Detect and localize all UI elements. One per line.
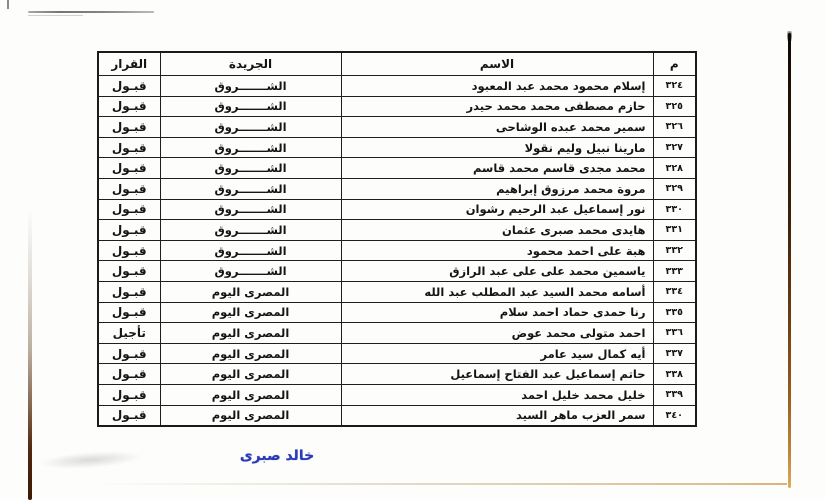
table-row: ٣٣١هايدى محمد صبرى عثمانالشـــــــروققبـ… bbox=[98, 220, 696, 241]
cell-newspaper: المصرى اليوم bbox=[160, 302, 341, 323]
cell-name: أيه كمال سيد عامر bbox=[341, 343, 653, 364]
scan-page-edge-right bbox=[788, 33, 791, 488]
cell-newspaper: الشـــــــروق bbox=[160, 76, 341, 97]
cell-name: نور إسماعيل عبد الرحيم رشوان bbox=[341, 199, 653, 220]
cell-newspaper: الشـــــــروق bbox=[160, 178, 341, 199]
cell-decision: قبـول bbox=[98, 199, 160, 220]
cell-number: ٣٣١ bbox=[653, 220, 696, 241]
cell-name: مروة محمد مرزوق إبراهيم bbox=[341, 178, 653, 199]
table-row: ٣٢٥حازم مصطفى محمد محمد حيدرالشـــــــرو… bbox=[98, 96, 696, 117]
admission-results-table: م الاسم الجريدة القرار ٣٢٤إسلام محمود مح… bbox=[97, 51, 697, 427]
table-row: ٣٤٠سمر العزب ماهر السيدالمصرى اليومقبـول bbox=[98, 405, 696, 426]
table-row: ٣٣٦احمد متولى محمد عوضالمصرى اليومتأجيل bbox=[98, 323, 696, 344]
table-row: ٣٣٢هبة على احمد محمودالشـــــــروققبـول bbox=[98, 240, 696, 261]
cell-newspaper: الشـــــــروق bbox=[160, 117, 341, 138]
cell-decision: قبـول bbox=[98, 96, 160, 117]
cell-name: هبة على احمد محمود bbox=[341, 240, 653, 261]
cell-number: ٣٢٧ bbox=[653, 137, 696, 158]
cell-newspaper: الشـــــــروق bbox=[160, 137, 341, 158]
cell-number: ٣٣٨ bbox=[653, 364, 696, 385]
header-name: الاسم bbox=[341, 52, 653, 76]
cell-name: خليل محمد خليل احمد bbox=[341, 384, 653, 405]
cell-newspaper: المصرى اليوم bbox=[160, 384, 341, 405]
scan-smudge bbox=[38, 448, 144, 471]
cell-number: ٣٢٨ bbox=[653, 158, 696, 179]
cell-number: ٣٣٦ bbox=[653, 323, 696, 344]
cell-decision: قبـول bbox=[98, 343, 160, 364]
cell-number: ٣٤٠ bbox=[653, 405, 696, 426]
table-row: ٣٢٨محمد مجدى قاسم محمد قاسمالشـــــــروق… bbox=[98, 158, 696, 179]
cell-newspaper: الشـــــــروق bbox=[160, 261, 341, 282]
cell-number: ٣٣٥ bbox=[653, 302, 696, 323]
cell-name: هايدى محمد صبرى عثمان bbox=[341, 220, 653, 241]
cell-newspaper: المصرى اليوم bbox=[160, 343, 341, 364]
cell-decision: قبـول bbox=[98, 261, 160, 282]
cell-decision: قبـول bbox=[98, 364, 160, 385]
cell-decision: قبـول bbox=[98, 158, 160, 179]
cell-newspaper: المصرى اليوم bbox=[160, 405, 341, 426]
table-row: ٣٢٧مارينا نبيل وليم نقولاالشـــــــروققب… bbox=[98, 137, 696, 158]
cell-newspaper: المصرى اليوم bbox=[160, 364, 341, 385]
header-number: م bbox=[653, 52, 696, 76]
cell-newspaper: الشـــــــروق bbox=[160, 158, 341, 179]
cell-name: محمد مجدى قاسم محمد قاسم bbox=[341, 158, 653, 179]
cell-name: حازم مصطفى محمد محمد حيدر bbox=[341, 96, 653, 117]
table-row: ٣٢٩مروة محمد مرزوق إبراهيمالشـــــــروقق… bbox=[98, 178, 696, 199]
cell-name: ياسمين محمد على على عبد الرازق bbox=[341, 261, 653, 282]
cell-decision: قبـول bbox=[98, 117, 160, 138]
cell-name: مارينا نبيل وليم نقولا bbox=[341, 137, 653, 158]
cell-name: أسامه محمد السيد عبد المطلب عبد الله bbox=[341, 281, 653, 302]
cell-decision: قبـول bbox=[98, 240, 160, 261]
cell-decision: قبـول bbox=[98, 281, 160, 302]
cell-number: ٣٢٥ bbox=[653, 96, 696, 117]
cell-number: ٣٣٤ bbox=[653, 281, 696, 302]
cell-decision: تأجيل bbox=[98, 323, 160, 344]
table-row: ٣٣٨حاتم إسماعيل عبد الفتاح إسماعيلالمصرى… bbox=[98, 364, 696, 385]
cell-name: سمير محمد عبده الوشاحى bbox=[341, 117, 653, 138]
table-row: ٣٢٦سمير محمد عبده الوشاحىالشـــــــروققب… bbox=[98, 117, 696, 138]
table-row: ٣٣٩خليل محمد خليل احمدالمصرى اليومقبـول bbox=[98, 384, 696, 405]
table-row: ٣٣٣ياسمين محمد على على عبد الرازقالشــــ… bbox=[98, 261, 696, 282]
signature-text: خالد صبرى bbox=[216, 448, 338, 468]
cell-name: سمر العزب ماهر السيد bbox=[341, 405, 653, 426]
cell-decision: قبـول bbox=[98, 302, 160, 323]
header-newspaper: الجريدة bbox=[160, 52, 341, 76]
cell-name: حاتم إسماعيل عبد الفتاح إسماعيل bbox=[341, 364, 653, 385]
cell-decision: قبـول bbox=[98, 76, 160, 97]
cell-name: إسلام محمود محمد عبد المعبود bbox=[341, 76, 653, 97]
cell-number: ٣٣٠ bbox=[653, 199, 696, 220]
table-header-row: م الاسم الجريدة القرار bbox=[98, 52, 696, 76]
table-body: ٣٢٤إسلام محمود محمد عبد المعبودالشــــــ… bbox=[98, 76, 696, 427]
scan-corner-mark bbox=[7, 0, 9, 9]
cell-decision: قبـول bbox=[98, 178, 160, 199]
header-decision: القرار bbox=[98, 52, 160, 76]
scanned-page: م الاسم الجريدة القرار ٣٢٤إسلام محمود مح… bbox=[0, 0, 825, 500]
cell-number: ٣٣٣ bbox=[653, 261, 696, 282]
cell-decision: قبـول bbox=[98, 137, 160, 158]
cell-number: ٣٢٦ bbox=[653, 117, 696, 138]
cell-name: احمد متولى محمد عوض bbox=[341, 323, 653, 344]
cell-newspaper: الشـــــــروق bbox=[160, 220, 341, 241]
cell-decision: قبـول bbox=[98, 405, 160, 426]
scan-page-edge-left bbox=[28, 210, 32, 500]
cell-newspaper: الشـــــــروق bbox=[160, 199, 341, 220]
cell-number: ٣٣٧ bbox=[653, 343, 696, 364]
cell-number: ٣٢٤ bbox=[653, 76, 696, 97]
cell-newspaper: الشـــــــروق bbox=[160, 240, 341, 261]
cell-number: ٣٣٩ bbox=[653, 384, 696, 405]
scan-fold-line bbox=[28, 11, 154, 13]
table-row: ٣٢٤إسلام محمود محمد عبد المعبودالشــــــ… bbox=[98, 76, 696, 97]
scan-fold-line-faint bbox=[28, 15, 83, 16]
cell-number: ٣٢٩ bbox=[653, 178, 696, 199]
table-row: ٣٣٠نور إسماعيل عبد الرحيم رشوانالشــــــ… bbox=[98, 199, 696, 220]
table-row: ٣٣٧أيه كمال سيد عامرالمصرى اليومقبـول bbox=[98, 343, 696, 364]
cell-newspaper: الشـــــــروق bbox=[160, 96, 341, 117]
cell-number: ٣٣٢ bbox=[653, 240, 696, 261]
scan-bottom-edge bbox=[95, 483, 787, 485]
cell-decision: قبـول bbox=[98, 384, 160, 405]
cell-decision: قبـول bbox=[98, 220, 160, 241]
cell-newspaper: المصرى اليوم bbox=[160, 281, 341, 302]
cell-name: رنا حمدى حماد احمد سلام bbox=[341, 302, 653, 323]
table-row: ٣٣٤أسامه محمد السيد عبد المطلب عبد اللها… bbox=[98, 281, 696, 302]
table-row: ٣٣٥رنا حمدى حماد احمد سلامالمصرى اليومقب… bbox=[98, 302, 696, 323]
cell-newspaper: المصرى اليوم bbox=[160, 323, 341, 344]
